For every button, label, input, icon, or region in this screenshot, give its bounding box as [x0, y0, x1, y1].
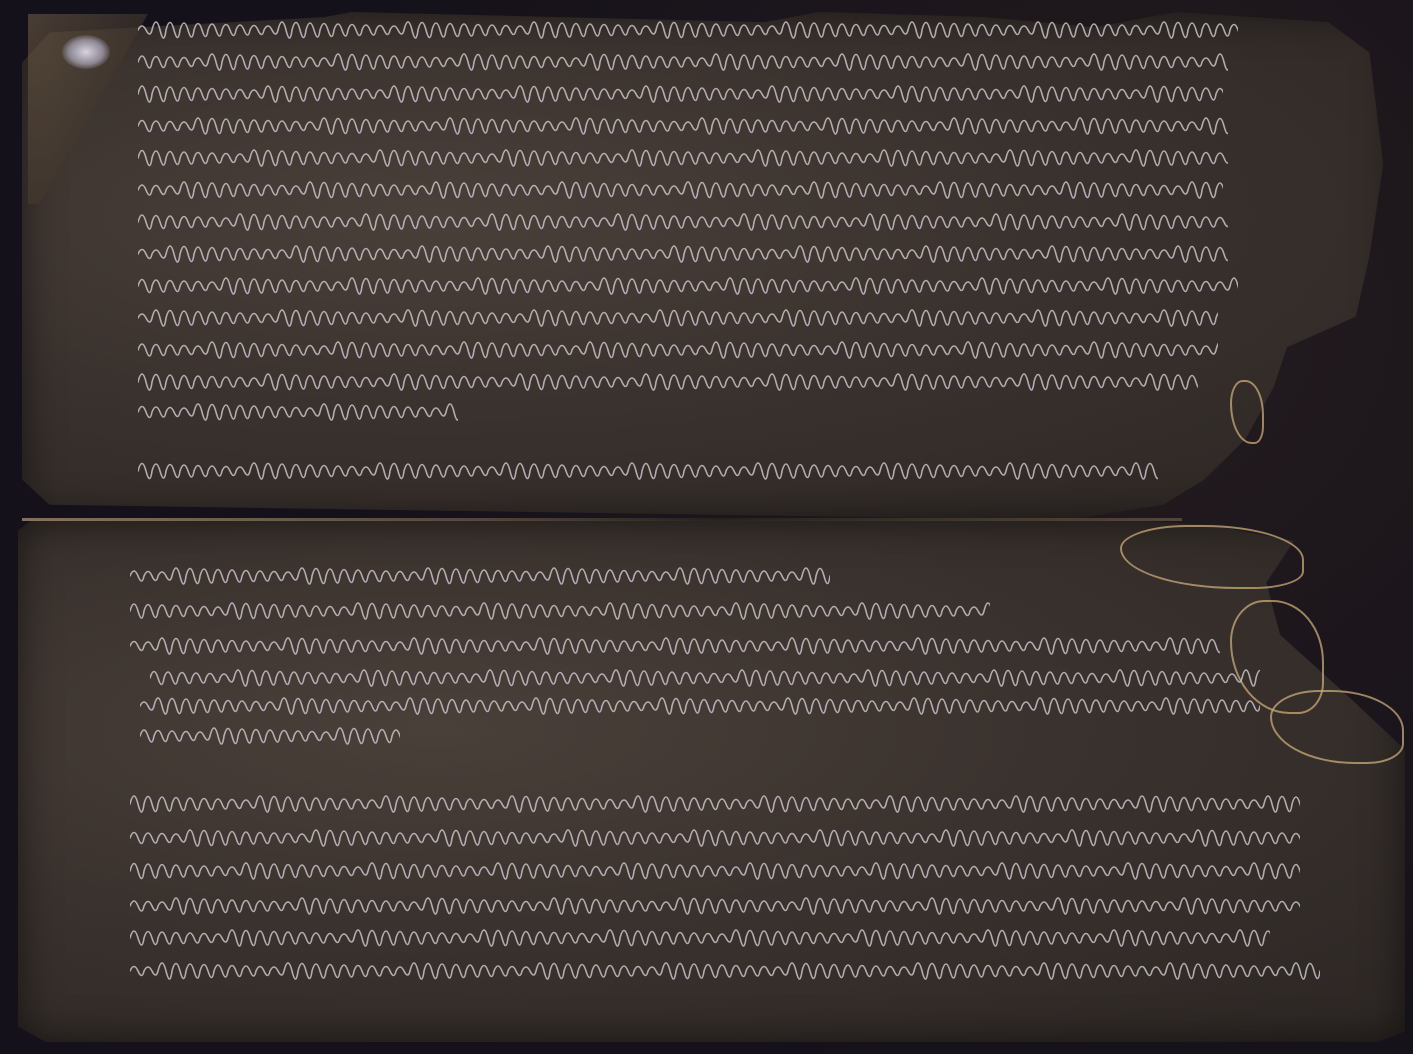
inscription-line — [138, 455, 1158, 481]
inscription-line — [138, 366, 1198, 392]
inscription-line — [138, 14, 1238, 40]
inscription-line — [130, 822, 1300, 848]
inscription-line — [138, 110, 1228, 136]
inscription-line — [150, 662, 1260, 688]
light-glare — [62, 35, 110, 69]
inscription-line — [130, 855, 1300, 881]
tablet-seam — [22, 518, 1182, 521]
inscription-line — [130, 630, 1220, 656]
inscription-line — [130, 922, 1270, 948]
inscription-line — [130, 955, 1320, 981]
inscription-line — [130, 560, 830, 586]
inscription-line — [130, 595, 990, 621]
inscription-line — [140, 690, 1260, 716]
inscription-line — [140, 720, 400, 746]
inscription-line — [138, 334, 1218, 360]
inscription-line — [138, 270, 1238, 296]
inscription-line — [138, 78, 1223, 104]
inscription-line — [138, 396, 458, 422]
inscription-line — [138, 142, 1228, 168]
inscription-line — [130, 890, 1300, 916]
inscription-line — [138, 302, 1218, 328]
inscription-line — [130, 788, 1300, 814]
inscription-line — [138, 46, 1228, 72]
inscription-line — [138, 174, 1223, 200]
inscription-line — [138, 238, 1228, 264]
inscription-line — [138, 206, 1228, 232]
